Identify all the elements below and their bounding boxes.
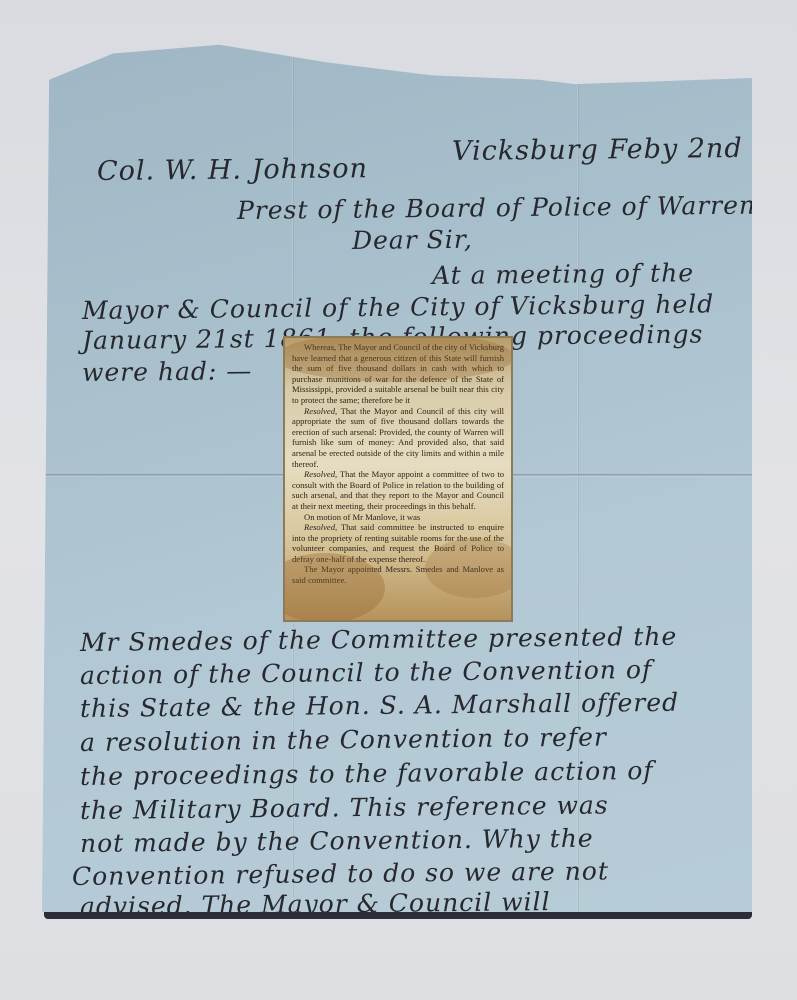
clipping-paragraph: The Mayor appointed Messrs. Smedes and M…: [292, 564, 504, 585]
body-line: not made by the Convention. Why the: [80, 824, 594, 858]
newspaper-clipping: Whereas, The Mayor and Council of the ci…: [283, 336, 513, 622]
recipient-title: Prest of the Board of Police of Warren C…: [237, 190, 797, 225]
body-line: action of the Council to the Convention …: [80, 655, 652, 690]
body-line: a resolution in the Convention to refer: [80, 722, 607, 757]
clipping-paragraph: Whereas, The Mayor and Council of the ci…: [292, 342, 504, 406]
clipping-paragraph: Resolved, That the Mayor appoint a commi…: [292, 469, 504, 511]
body-line: the Military Board. This reference was: [80, 790, 609, 825]
body-line: this State & the Hon. S. A. Marshall off…: [80, 688, 679, 723]
clipping-paragraph: Resolved, That said committee be instruc…: [292, 522, 504, 564]
salutation: Dear Sir,: [352, 225, 473, 255]
intro-line: At a meeting of the: [432, 258, 694, 290]
clipping-paragraph: Resolved, That the Mayor and Council of …: [292, 406, 504, 470]
body-line: Convention refused to do so we are not: [72, 856, 609, 891]
body-line: the proceedings to the favorable action …: [80, 756, 654, 791]
clipping-paragraph: On motion of Mr Manlove, it was: [292, 512, 504, 523]
intro-line: were had: —: [82, 356, 253, 387]
recipient-name: Col. W. H. Johnson: [97, 153, 368, 187]
dateline: Vicksburg Feby 2nd 1861: [452, 132, 797, 167]
body-line: Mr Smedes of the Committee presented the: [80, 622, 678, 657]
